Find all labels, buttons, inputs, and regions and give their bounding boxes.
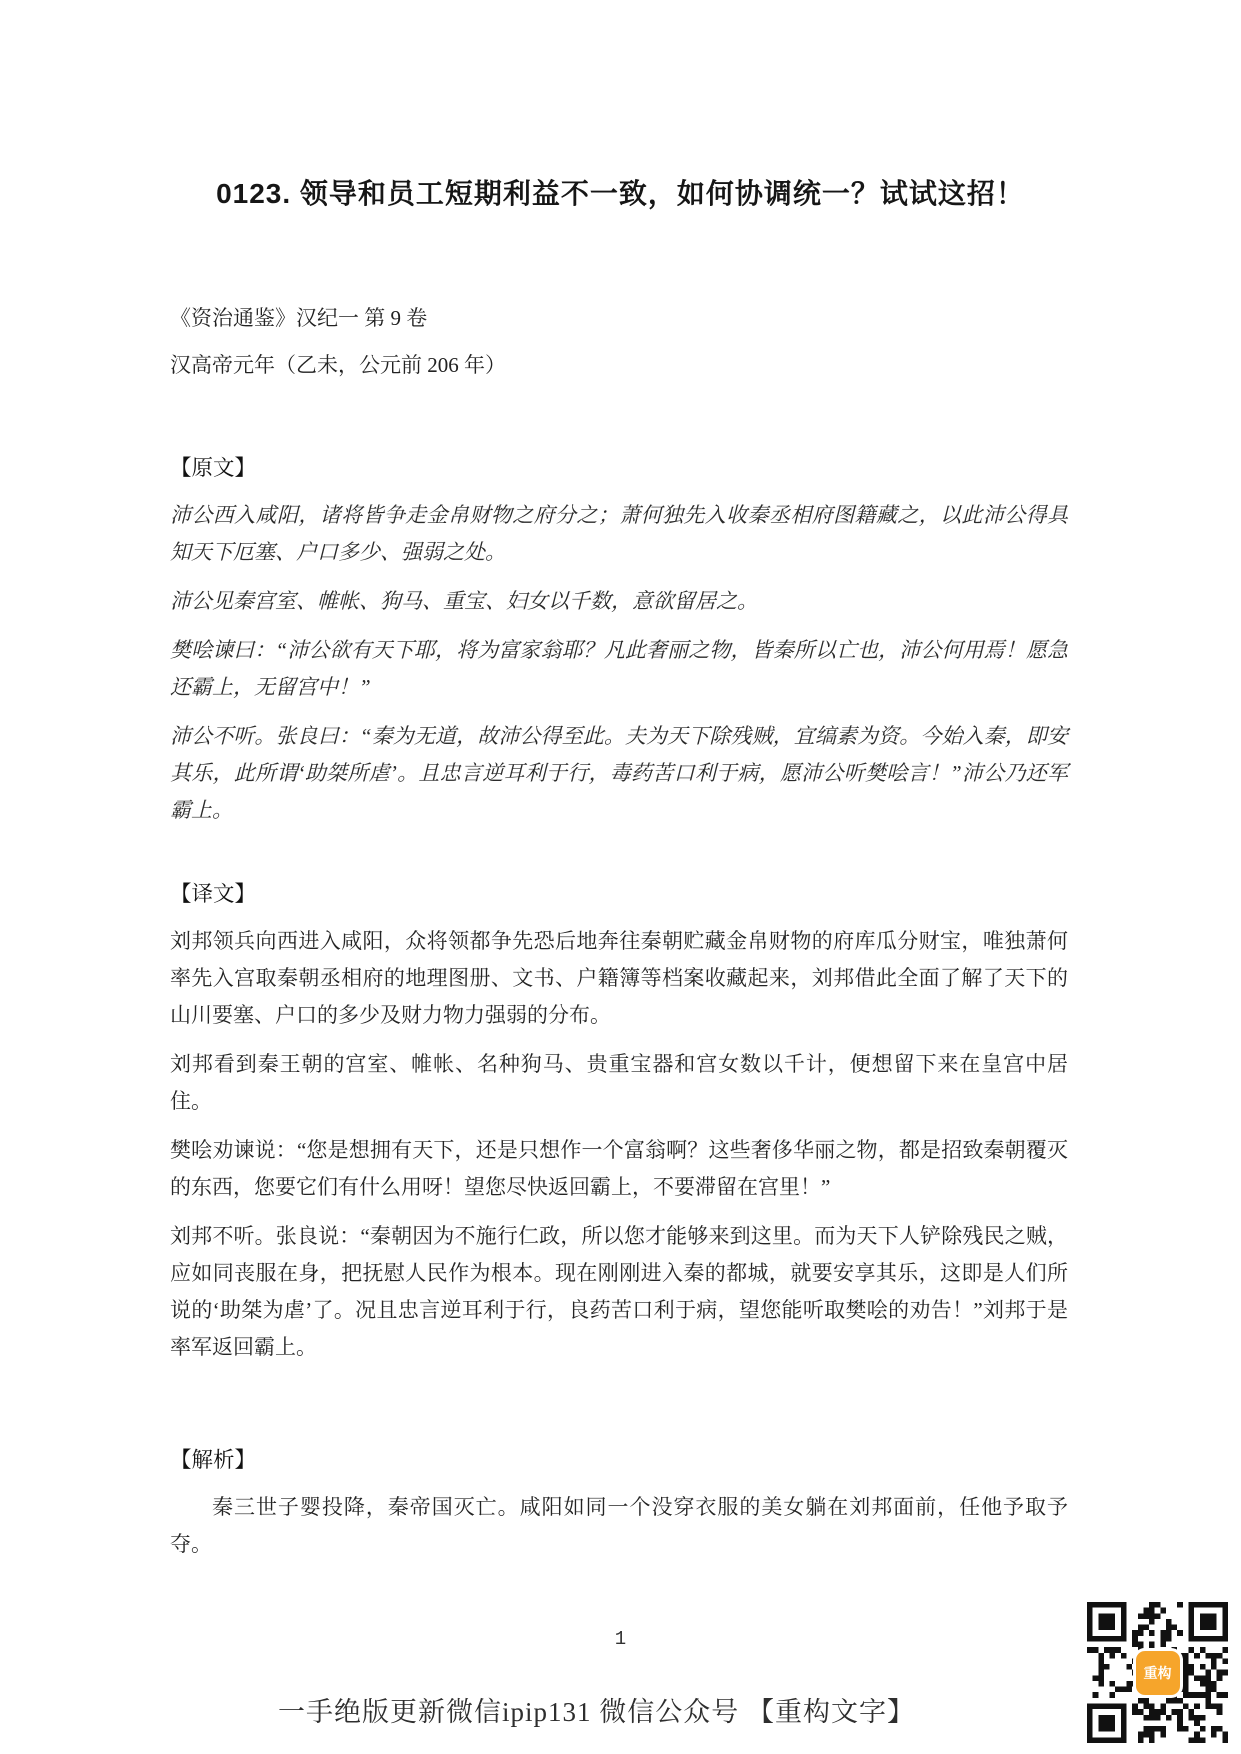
- section-translation: 【译文】 刘邦领兵向西进入咸阳，众将领都争先恐后地奔往秦朝贮藏金帛财物的府库瓜分…: [170, 876, 1068, 1378]
- original-paragraph: 沛公不听。张良曰：“秦为无道，故沛公得至此。夫为天下除残贼，宜缟素为资。今始入秦…: [170, 718, 1068, 829]
- original-paragraph: 沛公见秦宫室、帷帐、狗马、重宝、妇女以千数，意欲留居之。: [170, 583, 1068, 620]
- date-line: 汉高帝元年（乙未，公元前 206 年）: [170, 349, 1070, 379]
- footer-contact-line: 一手绝版更新微信ipip131 微信公众号 【重构文字】: [278, 1690, 915, 1729]
- source-line: 《资治通鉴》汉纪一 第 9 卷: [170, 302, 1070, 332]
- qr-code: 重构: [1087, 1602, 1228, 1743]
- original-paragraph: 沛公西入咸阳，诸将皆争走金帛财物之府分之；萧何独先入收秦丞相府图籍藏之，以此沛公…: [170, 497, 1068, 571]
- translation-heading: 【译文】: [170, 876, 1068, 913]
- translation-paragraph: 刘邦看到秦王朝的宫室、帷帐、名种狗马、贵重宝器和宫女数以千计，便想留下来在皇宫中…: [170, 1046, 1068, 1120]
- document-page: 0123. 领导和员工短期利益不一致，如何协调统一？试试这招！ 《资治通鉴》汉纪…: [0, 0, 1241, 1754]
- qr-center-badge: 重构: [1136, 1651, 1180, 1695]
- section-analysis: 【解析】 秦三世子婴投降，秦帝国灭亡。咸阳如同一个没穿衣服的美女躺在刘邦面前，任…: [170, 1442, 1068, 1575]
- document-title: 0123. 领导和员工短期利益不一致，如何协调统一？试试这招！: [0, 172, 1241, 212]
- analysis-paragraph: 秦三世子婴投降，秦帝国灭亡。咸阳如同一个没穿衣服的美女躺在刘邦面前，任他予取予夺…: [170, 1489, 1068, 1563]
- translation-paragraph: 刘邦不听。张良说：“秦朝因为不施行仁政，所以您才能够来到这里。而为天下人铲除残民…: [170, 1218, 1068, 1366]
- original-paragraph: 樊哙谏曰：“沛公欲有天下耶，将为富家翁耶？凡此奢丽之物，皆秦所以亡也，沛公何用焉…: [170, 632, 1068, 706]
- translation-paragraph: 刘邦领兵向西进入咸阳，众将领都争先恐后地奔往秦朝贮藏金帛财物的府库瓜分财宝，唯独…: [170, 923, 1068, 1034]
- translation-paragraph: 樊哙劝谏说：“您是想拥有天下，还是只想作一个富翁啊？这些奢侈华丽之物，都是招致秦…: [170, 1132, 1068, 1206]
- page-number: 1: [0, 1628, 1241, 1650]
- section-original: 【原文】 沛公西入咸阳，诸将皆争走金帛财物之府分之；萧何独先入收秦丞相府图籍藏之…: [170, 450, 1068, 841]
- analysis-heading: 【解析】: [170, 1442, 1068, 1479]
- original-heading: 【原文】: [170, 450, 1068, 487]
